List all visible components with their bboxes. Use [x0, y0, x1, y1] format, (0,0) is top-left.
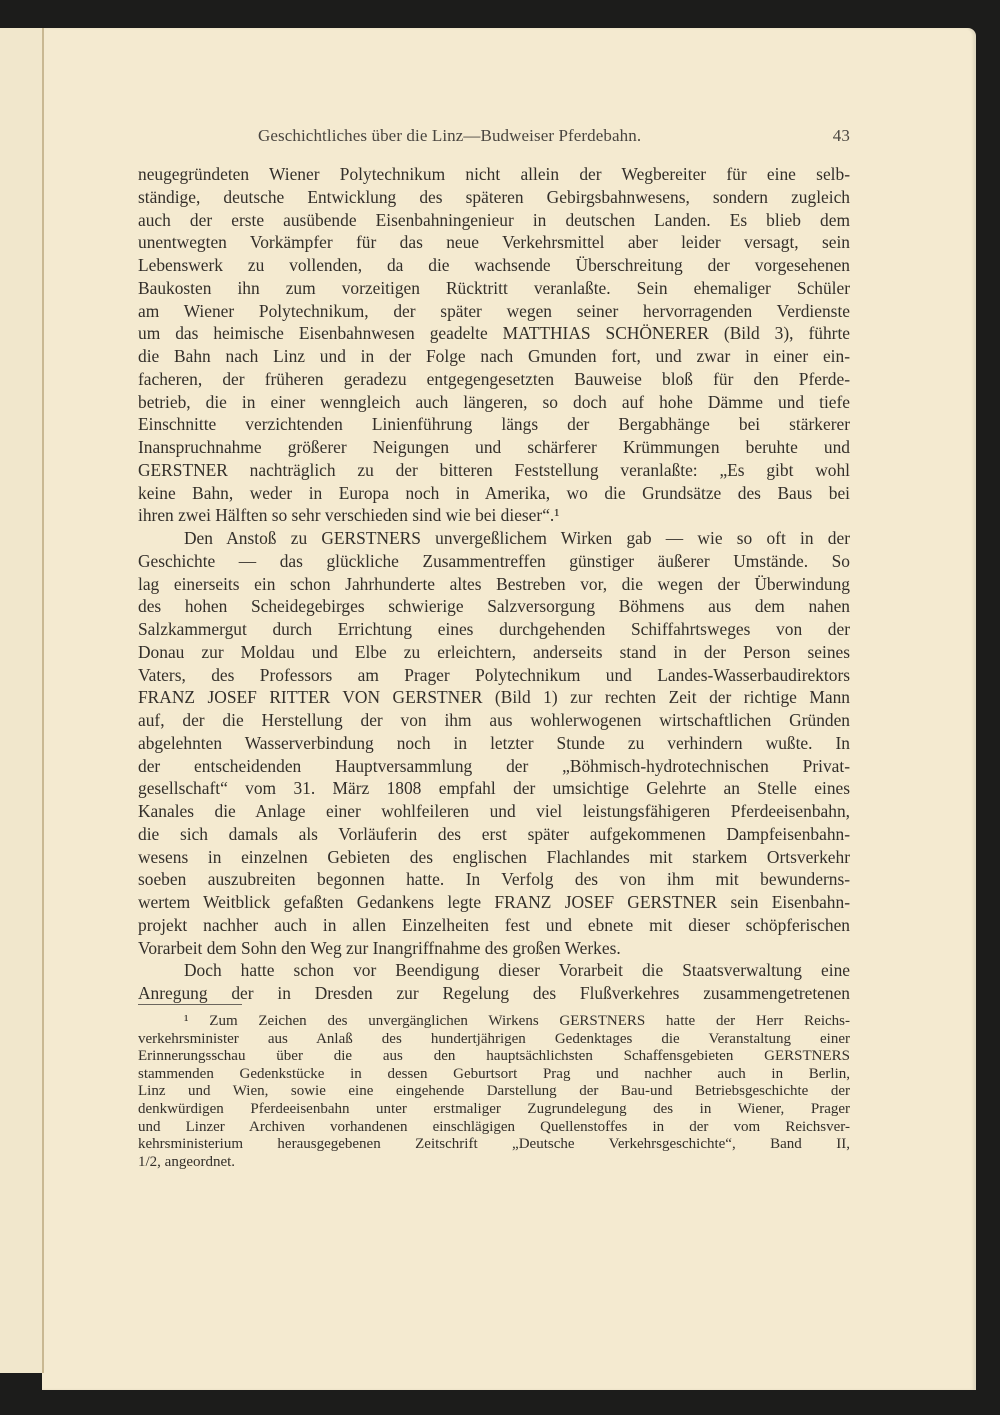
footnote: ¹ Zum Zeichen des unvergänglichen Wirken… — [138, 1013, 850, 1171]
text-line: neugegründeten Wiener Polytechnikum nich… — [138, 163, 850, 186]
footnote-line: kehrsministerium herausgegebenen Zeitsch… — [138, 1136, 850, 1154]
text-line: gesellschaft“ vom 31. März 1808 empfahl … — [138, 777, 850, 800]
page-number: 43 — [833, 126, 850, 146]
footnote-line: verkehrsminister aus Anlaß des hundertjä… — [138, 1031, 850, 1049]
footnote-line: stammenden Gedenkstücke in dessen Geburt… — [138, 1066, 850, 1084]
text-line: projekt nachher auch in allen Einzelheit… — [138, 914, 850, 937]
text-line: keine Bahn, weder in Europa noch in Amer… — [138, 482, 850, 505]
paragraph-start-line: Doch hatte schon vor Beendigung dieser V… — [138, 959, 850, 982]
text-line: soeben auszubreiten begonnen hatte. In V… — [138, 868, 850, 891]
text-line: Donau zur Moldau und Elbe zu erleichtern… — [138, 641, 850, 664]
footnote-line: 1/2, angeordnet. — [138, 1154, 850, 1172]
footnote-line: denkwürdigen Pferdeeisenbahn unter erstm… — [138, 1101, 850, 1119]
text-line: die sich damals als Vorläuferin des erst… — [138, 823, 850, 846]
text-line: am Wiener Polytechnikum, der später wege… — [138, 300, 850, 323]
text-line: betrieb, die in einer wenngleich auch lä… — [138, 391, 850, 414]
footnote-line: und Linzer Archiven vorhandenen einschlä… — [138, 1119, 850, 1137]
text-line: Vorarbeit dem Sohn den Weg zur Inangriff… — [138, 937, 850, 960]
text-line: lag einerseits ein schon Jahrhunderte al… — [138, 573, 850, 596]
text-line: Inanspruchnahme größerer Neigungen und s… — [138, 436, 850, 459]
text-line: Vaters, des Professors am Prager Polytec… — [138, 664, 850, 687]
text-line: facheren, der früheren geradezu entgegen… — [138, 368, 850, 391]
text-line: unentwegten Vorkämpfer für das neue Verk… — [138, 231, 850, 254]
text-line: GERSTNER nachträglich zu der bitteren Fe… — [138, 459, 850, 482]
text-line: Anregung der in Dresden zur Regelung des… — [138, 982, 850, 1005]
footnote-line: ¹ Zum Zeichen des unvergänglichen Wirken… — [138, 1013, 850, 1031]
text-line: Baukosten ihn zum vorzeitigen Rücktritt … — [138, 277, 850, 300]
footnote-line: Linz und Wien, sowie eine eingehende Dar… — [138, 1083, 850, 1101]
body-text: neugegründeten Wiener Polytechnikum nich… — [138, 163, 850, 1005]
text-line: Geschichte — das glückliche Zusammentref… — [138, 550, 850, 573]
text-line: auf, der die Herstellung der von ihm aus… — [138, 709, 850, 732]
text-line: wertem Weitblick gefaßten Gedankens legt… — [138, 891, 850, 914]
text-line: wesens in einzelnen Gebieten des englisc… — [138, 846, 850, 869]
text-line: um das heimische Eisenbahnwesen geadelte… — [138, 322, 850, 345]
text-line: Lebenswerk zu vollenden, da die wachsend… — [138, 254, 850, 277]
text-line: die Bahn nach Linz und in der Folge nach… — [138, 345, 850, 368]
text-line: Einschnitte verzichtenden Linienführung … — [138, 413, 850, 436]
text-line: des hohen Scheidegebirges schwierige Sal… — [138, 595, 850, 618]
paragraph-start-line: Den Anstoß zu GERSTNERS unvergeßlichem W… — [138, 527, 850, 550]
footnote-line: Erinnerungsschau über die aus den haupts… — [138, 1048, 850, 1066]
text-line: auch der erste ausübende Eisenbahningeni… — [138, 209, 850, 232]
text-line: ständige, deutsche Entwicklung des späte… — [138, 186, 850, 209]
page-fold-line — [42, 28, 44, 1373]
running-title: Geschichtliches über die Linz—Budweiser … — [258, 126, 641, 146]
text-line: abgelehnten Wasserverbindung noch in let… — [138, 732, 850, 755]
text-line: Salzkammergut durch Errichtung eines dur… — [138, 618, 850, 641]
facing-page-edge — [0, 28, 44, 1373]
text-line: ihren zwei Hälften so sehr verschieden s… — [138, 504, 850, 527]
text-line: Kanales die Anlage einer wohlfeileren un… — [138, 800, 850, 823]
text-line: FRANZ JOSEF RITTER VON GERSTNER (Bild 1)… — [138, 686, 850, 709]
footnote-separator — [138, 1004, 242, 1005]
text-line: der entscheidenden Hauptversammlung der … — [138, 755, 850, 778]
